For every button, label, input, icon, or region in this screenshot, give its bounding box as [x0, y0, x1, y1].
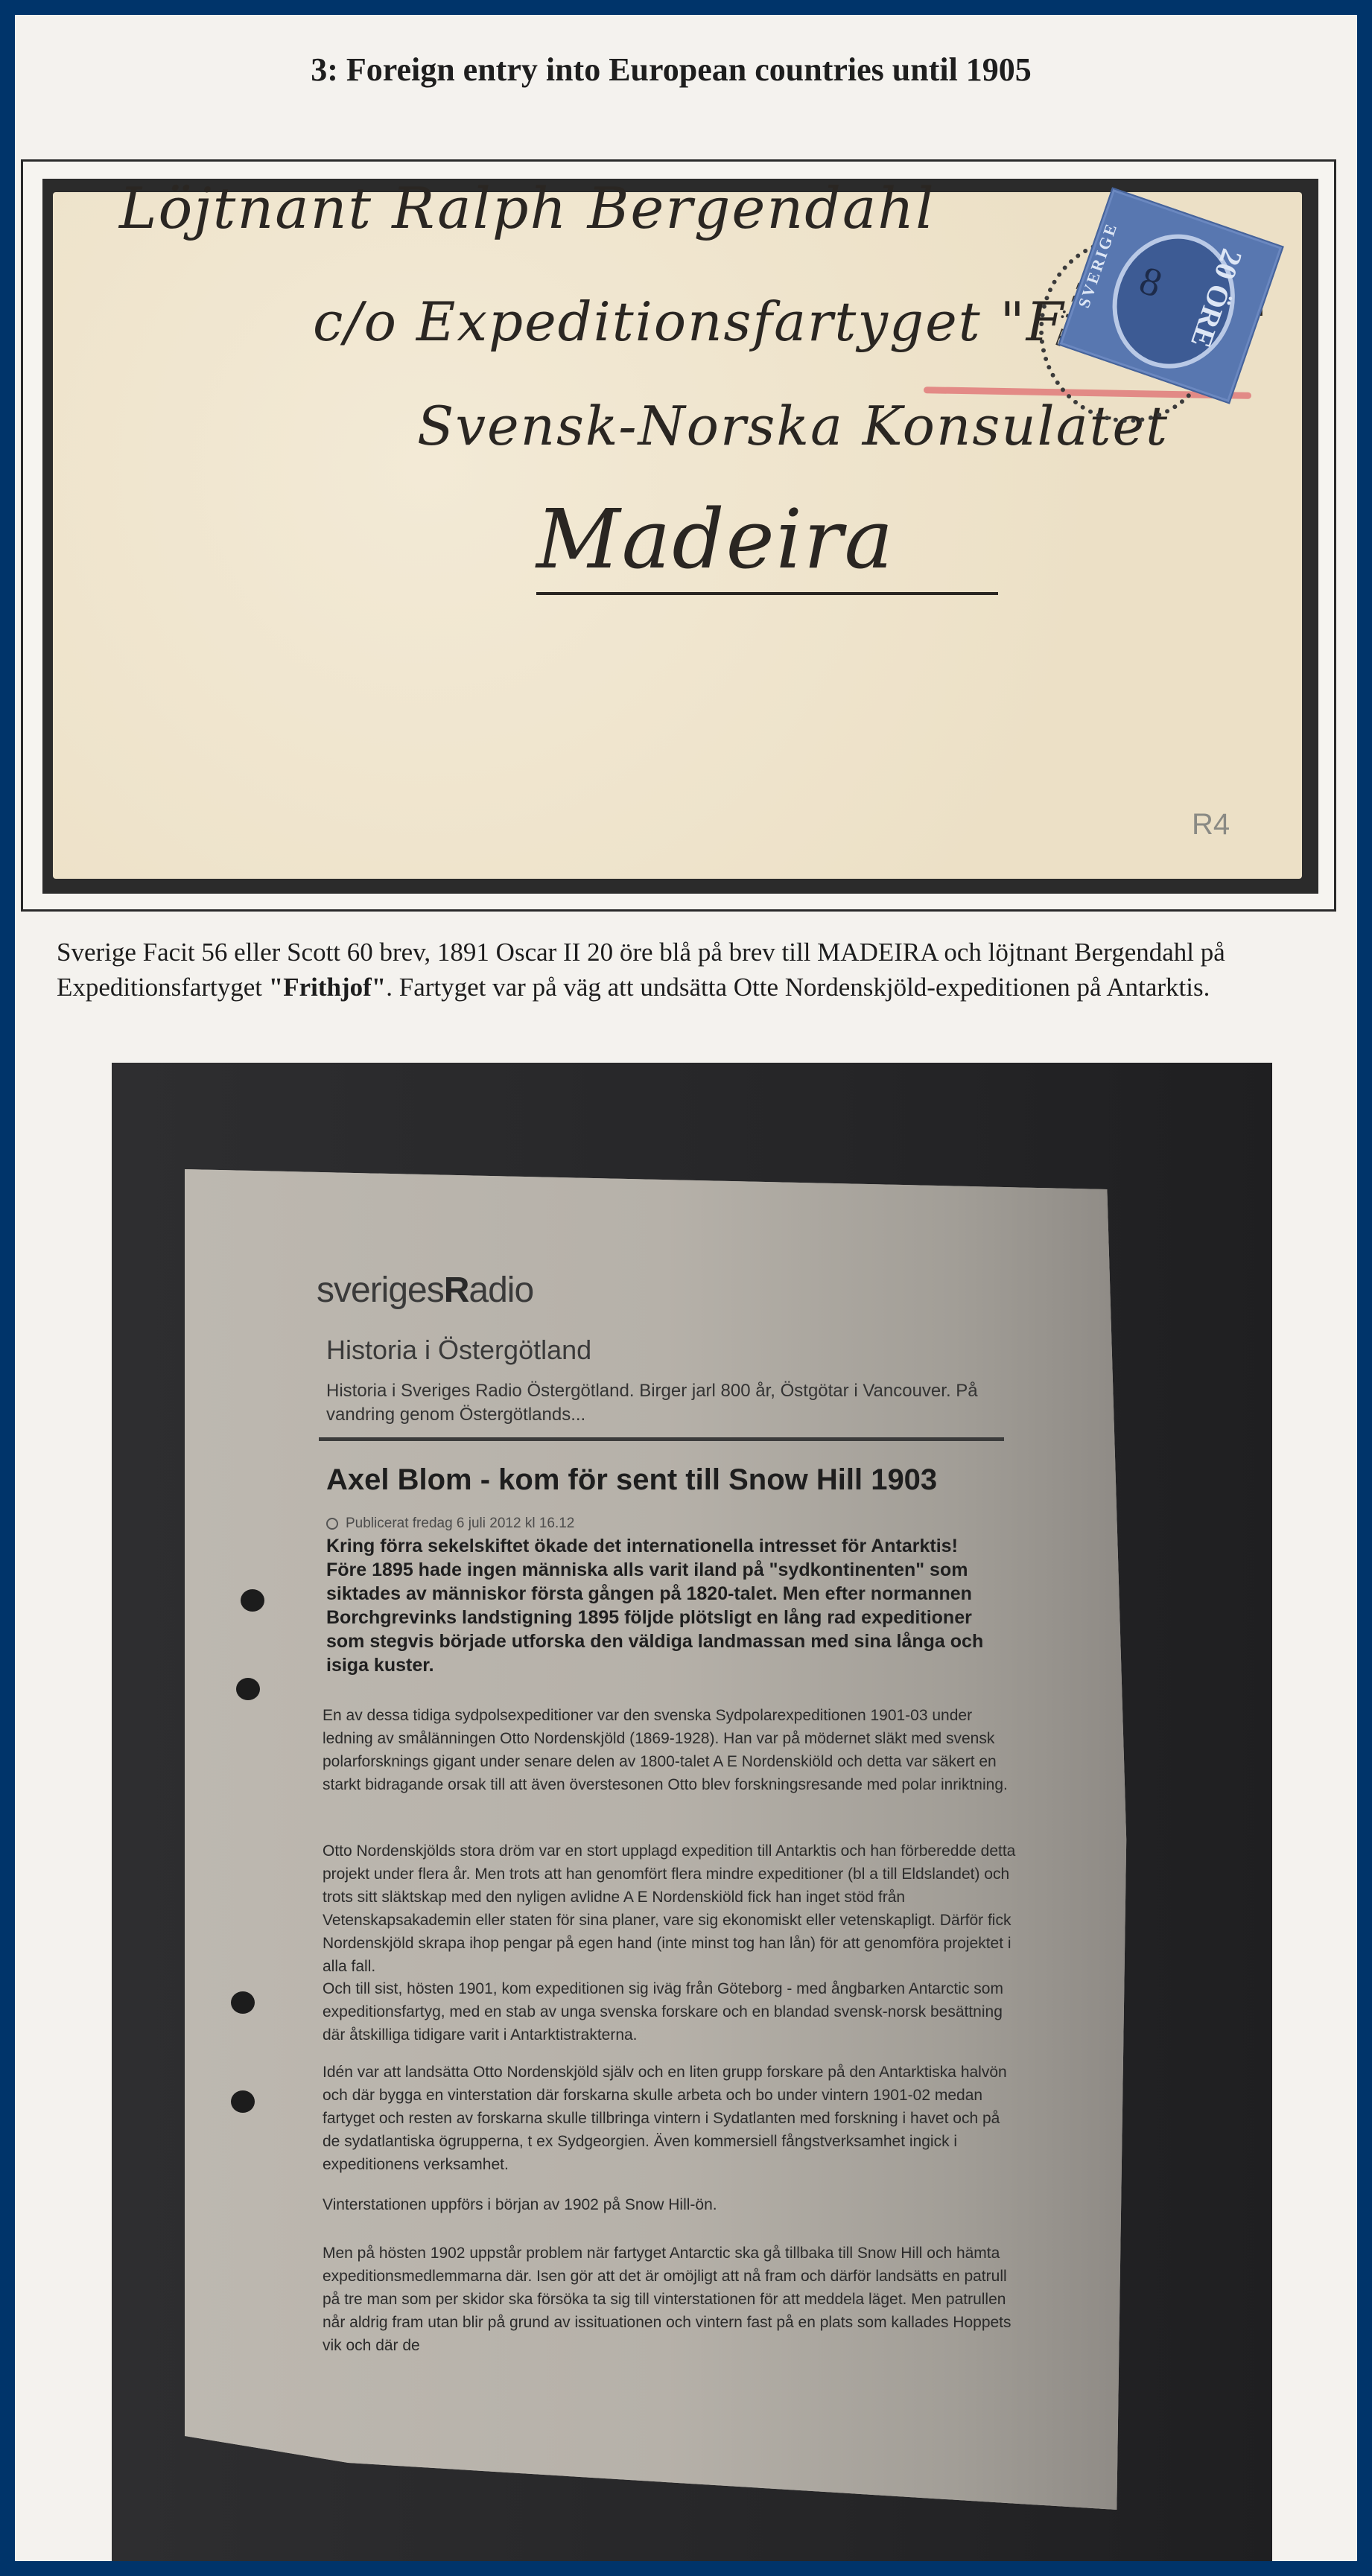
published-text: Publicerat fredag 6 juli 2012 kl 16.12 — [346, 1516, 574, 1531]
punch-hole — [236, 1678, 260, 1700]
punch-hole — [231, 1991, 255, 2014]
program-description: Historia i Sveriges Radio Östergötland. … — [326, 1379, 997, 1427]
sveriges-radio-logo: sverigesRadio — [317, 1270, 533, 1311]
cover-caption: Sverige Facit 56 eller Scott 60 brev, 18… — [57, 935, 1323, 1005]
page-title: 3: Foreign entry into European countries… — [0, 51, 1357, 89]
clock-icon — [326, 1518, 338, 1530]
punch-hole — [241, 1589, 264, 1612]
clipping-photo: sverigesRadio Historia i Östergötland Hi… — [112, 1063, 1272, 2561]
article-paragraph: Och till sist, hösten 1901, kom expediti… — [323, 1977, 1019, 2047]
caption-text-2: . Fartyget var på väg att undsätta Otte … — [386, 973, 1210, 1002]
article-paragraph: Otto Nordenskjölds stora dröm var en sto… — [323, 1839, 1019, 1978]
program-title: Historia i Östergötland — [326, 1335, 591, 1366]
article-paragraph: Vinterstationen uppförs i början av 1902… — [323, 2193, 1019, 2216]
published-date: Publicerat fredag 6 juli 2012 kl 16.12 — [326, 1516, 574, 1532]
logo-suffix: adio — [469, 1270, 533, 1310]
address-line-recipient: Löjtnant Ralph Bergendahl — [119, 175, 936, 241]
logo-mark: R — [444, 1270, 469, 1310]
punch-hole — [231, 2090, 255, 2113]
article-paragraph: En av dessa tidiga sydpolsexpeditioner v… — [323, 1704, 1019, 1796]
clipping-paper: sverigesRadio Historia i Östergötland Hi… — [185, 1169, 1146, 2510]
pencil-note: R4 — [1192, 808, 1230, 842]
article-paragraph: Idén var att landsätta Otto Nordenskjöld… — [323, 2061, 1019, 2176]
address-line-destination: Madeira — [536, 492, 895, 587]
destination-underline — [536, 592, 998, 595]
article-title: Axel Blom - kom för sent till Snow Hill … — [326, 1463, 937, 1497]
logo-prefix: sveriges — [317, 1270, 444, 1310]
article-paragraph: Men på hösten 1902 uppstår problem när f… — [323, 2242, 1019, 2357]
address-line-consulate: Svensk-Norska Konsulatet — [417, 395, 1169, 457]
article-lead: Kring förra sekelskiftet ökade det inter… — [326, 1534, 997, 1677]
header-rule — [319, 1437, 1004, 1441]
caption-ship-name: "Frithjof" — [269, 973, 386, 1002]
